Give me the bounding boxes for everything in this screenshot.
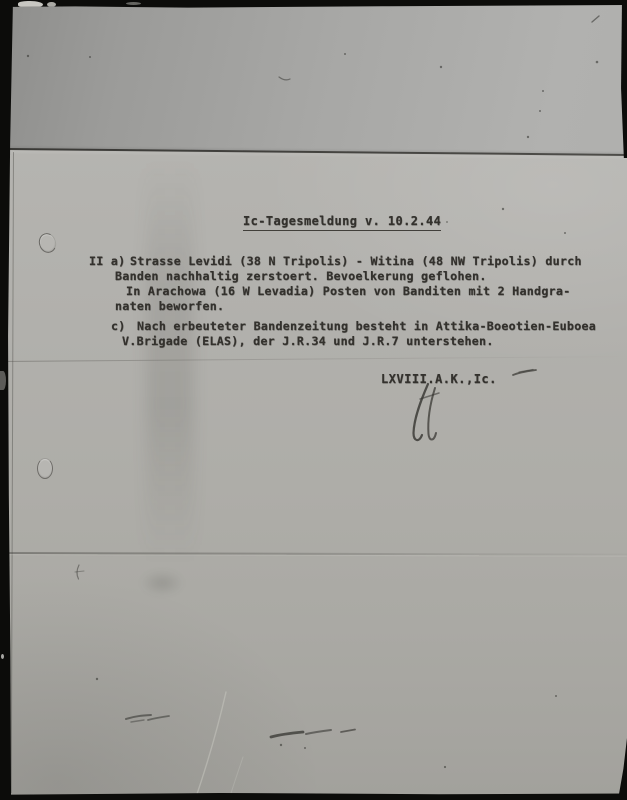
section-label-c: c): [111, 319, 126, 333]
scanned-document: Ic-Tagesmeldung v. 10.2.44 II a) Strasse…: [0, 0, 627, 800]
section-label-iia: II a): [89, 254, 125, 268]
report-line: Nach erbeuteter Bandenzeitung besteht in…: [137, 319, 596, 333]
report-line: naten beworfen.: [115, 299, 224, 313]
border-tear-patch: [126, 2, 141, 5]
report-line: In Arachowa (16 W Levadia) Posten von Ba…: [126, 284, 570, 298]
unit-signature-line: LXVIII.A.K.,Ic.: [381, 372, 497, 386]
report-line: Strasse Levidi (38 N Tripolis) - Witina …: [130, 254, 582, 268]
typewritten-text: Ic-Tagesmeldung v. 10.2.44 II a) Strasse…: [0, 0, 627, 800]
report-line: Banden nachhaltig zerstoert. Bevoelkerun…: [115, 269, 487, 283]
border-notch: [0, 371, 6, 390]
report-line: V.Brigade (ELAS), der J.R.34 und J.R.7 u…: [122, 334, 494, 348]
border-fleck: [1, 654, 4, 659]
report-title: Ic-Tagesmeldung v. 10.2.44: [243, 214, 441, 231]
border-tear-patch: [47, 2, 56, 7]
